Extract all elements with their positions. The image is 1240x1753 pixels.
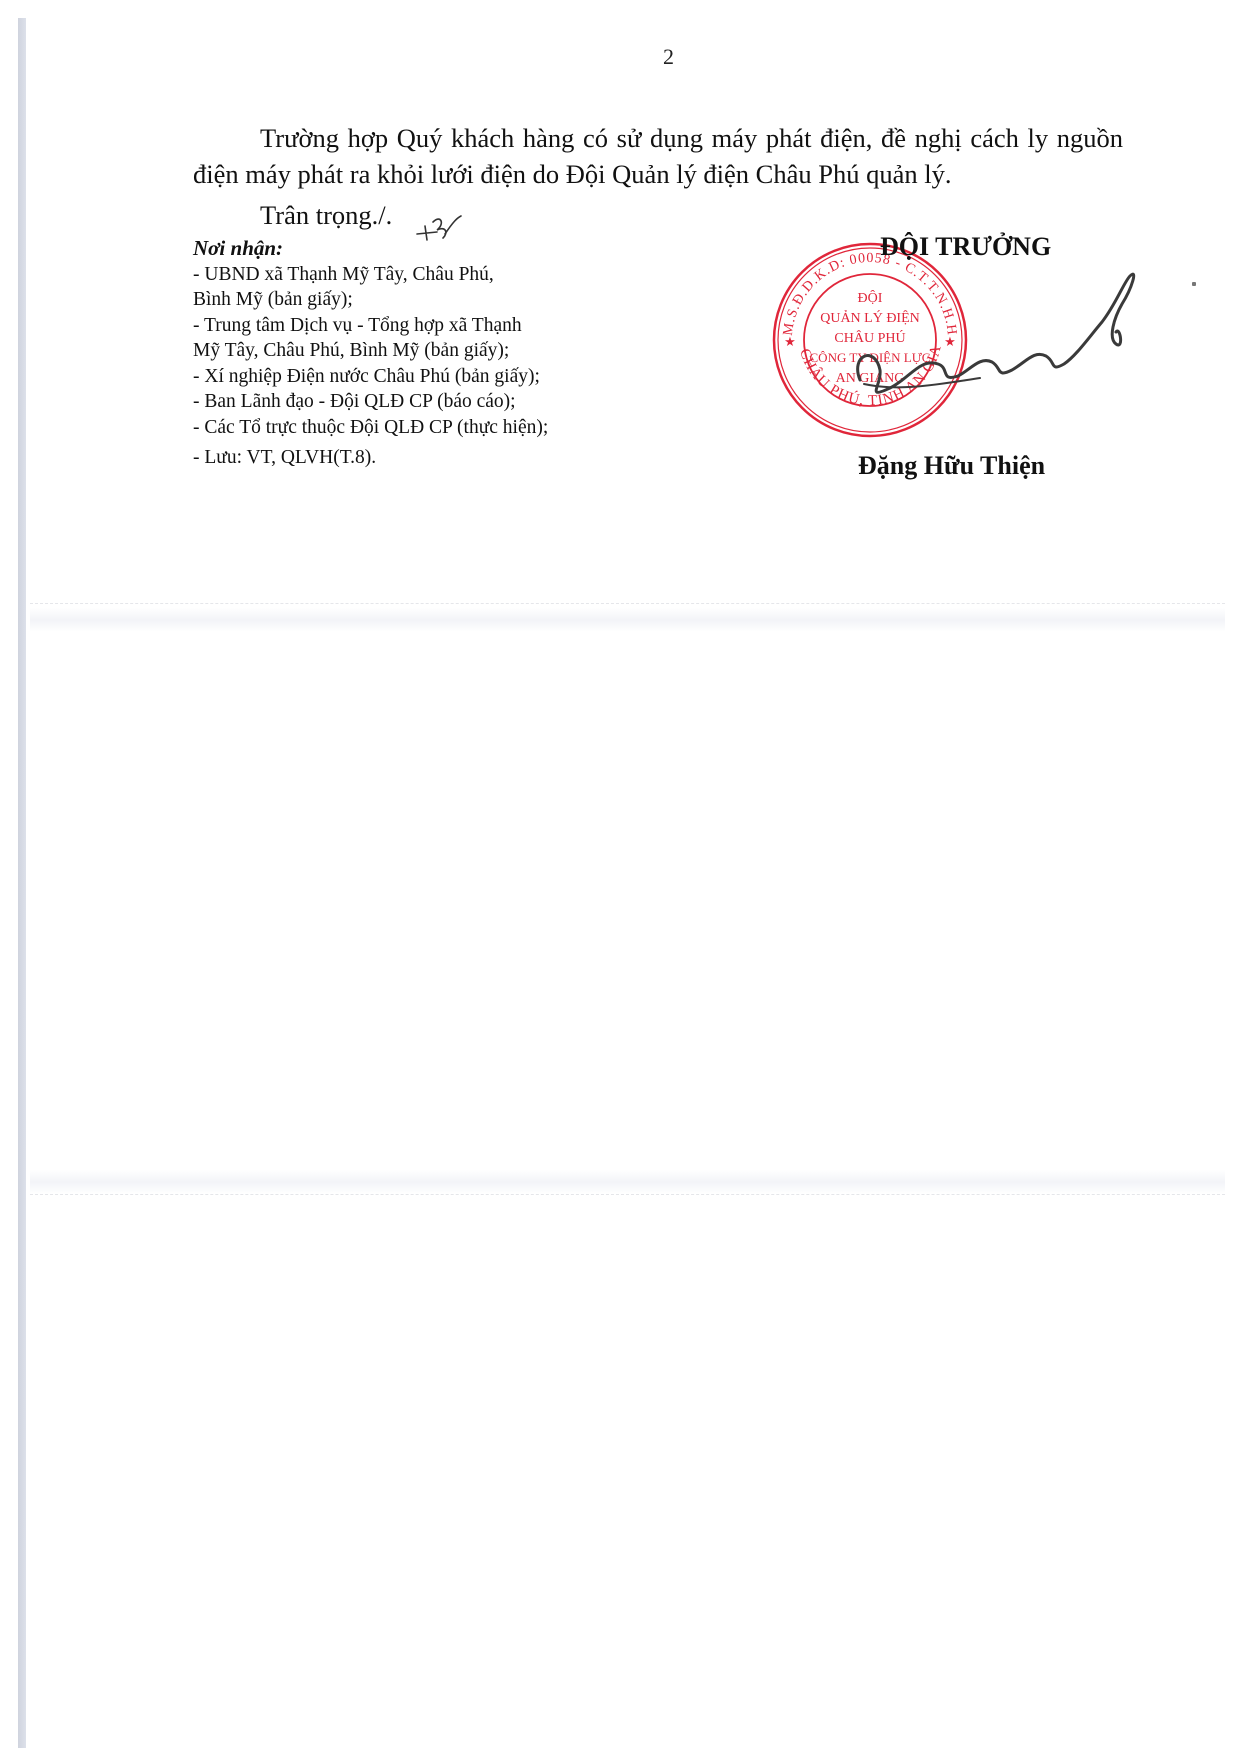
recipient-line: - Ban Lãnh đạo - Đội QLĐ CP (báo cáo); [193,389,653,415]
recipients-title: Nơi nhận: [193,236,653,262]
scan-edge-bar [18,18,26,1748]
scan-artifact [30,1194,1225,1195]
recipient-line: - Trung tâm Dịch vụ - Tổng hợp xã Thạnh [193,313,653,339]
star-icon: ★ [784,334,796,349]
body-paragraph: Trường hợp Quý khách hàng có sử dụng máy… [193,120,1123,192]
recipient-line: - Xí nghiệp Điện nước Châu Phú (bản giấy… [193,364,653,390]
recipient-line: - Lưu: VT, QLVH(T.8). [193,445,653,471]
recipient-line: Bình Mỹ (bản giấy); [193,287,653,313]
closing-text: Trân trọng./. [260,200,392,231]
page-number: 2 [663,44,674,70]
recipient-line: Mỹ Tây, Châu Phú, Bình Mỹ (bản giấy); [193,338,653,364]
signer-title: ĐỘI TRƯỞNG [880,232,1051,262]
scan-artifact [30,1170,1225,1194]
recipient-line: - UBND xã Thạnh Mỹ Tây, Châu Phú, [193,262,653,288]
recipients-block: Nơi nhận: - UBND xã Thạnh Mỹ Tây, Châu P… [193,236,653,471]
scan-artifact [30,603,1225,604]
signer-name: Đặng Hữu Thiện [858,451,1045,481]
recipient-line: - Các Tổ trực thuộc Đội QLĐ CP (thực hiệ… [193,415,653,441]
scan-artifact [30,608,1225,632]
handwritten-signature [820,260,1160,420]
stray-mark [1192,282,1196,286]
